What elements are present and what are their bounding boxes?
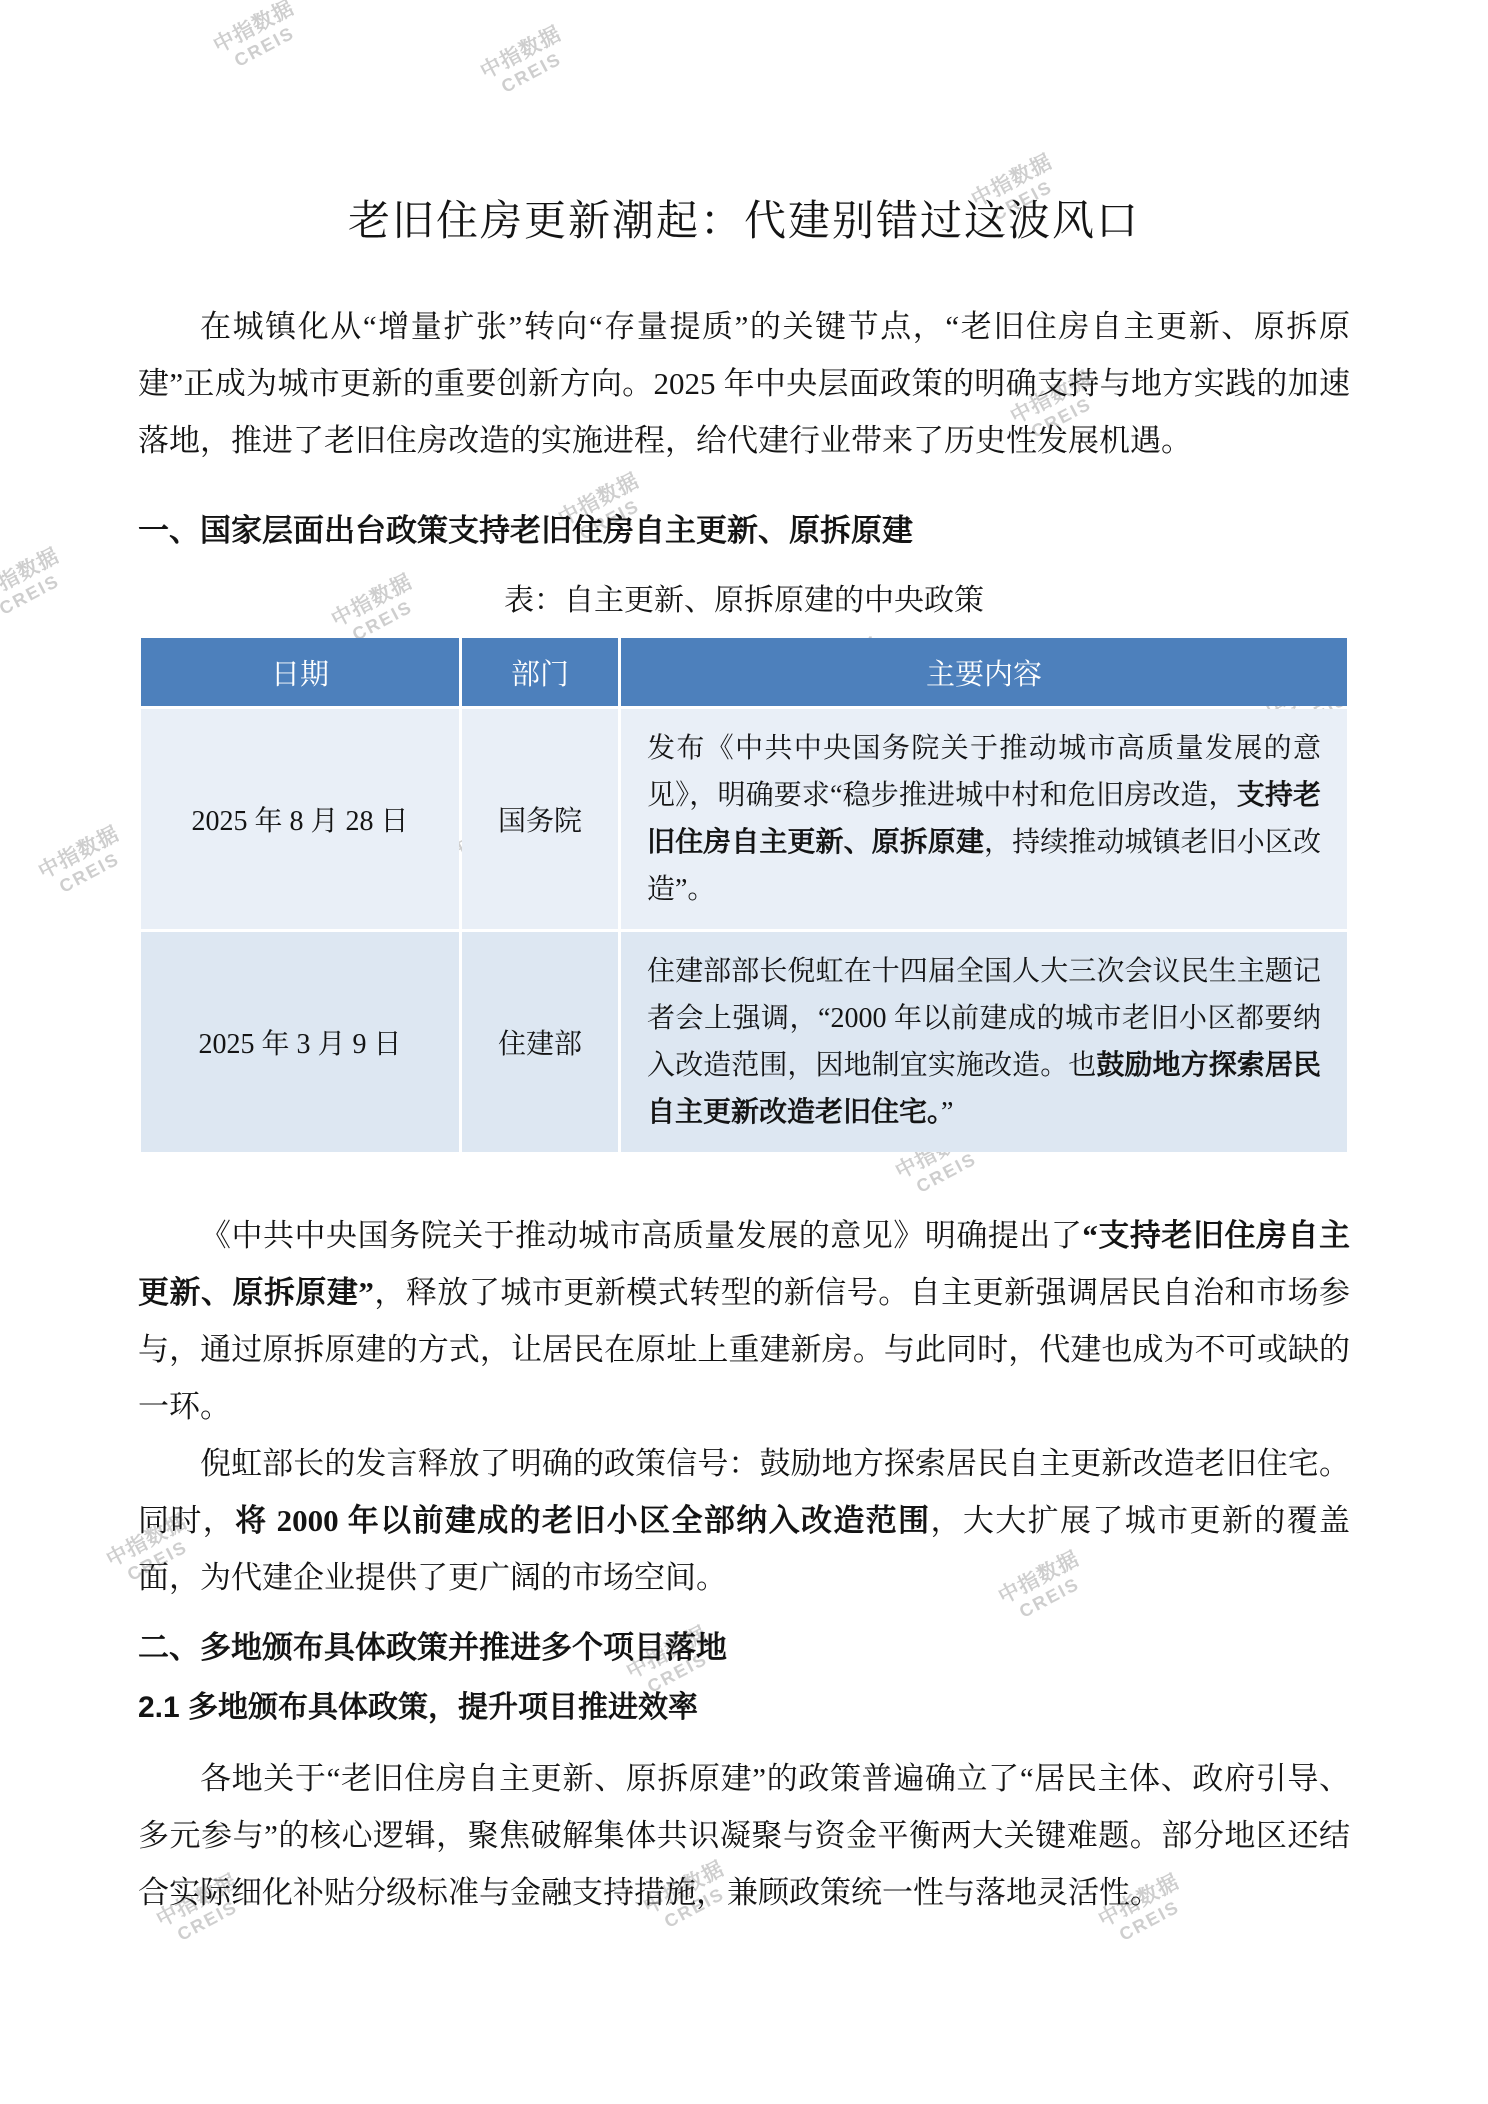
content-text: ”	[941, 1097, 953, 1128]
table-caption: 表：自主更新、原拆原建的中央政策	[138, 575, 1350, 619]
watermark: 中指数据CREIS	[35, 822, 134, 903]
section2-heading: 二、多地颁布具体政策并推进多个项目落地	[138, 1628, 1350, 1668]
section1-heading: 一、国家层面出台政策支持老旧住房自主更新、原拆原建	[138, 511, 1350, 551]
table-row: 2025 年 3 月 9 日 住建部 住建部部长倪虹在十四届全国人大三次会议民生…	[141, 932, 1347, 1152]
section2-subheading: 2.1 多地颁布具体政策，提升项目推进效率	[138, 1688, 1350, 1728]
watermark-creis-text: CREIS	[46, 843, 133, 903]
watermark-creis-text: CREIS	[0, 565, 73, 625]
local-policy-paragraph: 各地关于“老旧住房自主更新、原拆原建”的政策普遍确立了“居民主体、政府引导、多元…	[138, 1750, 1350, 1921]
paragraph-bold-text: 将 2000 年以前建成的老旧小区全部纳入改造范围	[235, 1503, 930, 1538]
page-title: 老旧住房更新潮起：代建别错过这波风口	[138, 188, 1350, 248]
policy-analysis-paragraph: 《中共中央国务院关于推动城市高质量发展的意见》明确提出了“支持老旧住房自主更新、…	[138, 1207, 1350, 1435]
cell-date: 2025 年 8 月 28 日	[141, 709, 459, 929]
paragraph-text: 《中共中央国务院关于推动城市高质量发展的意见》明确提出了	[200, 1218, 1082, 1253]
cell-dept: 住建部	[462, 932, 618, 1152]
content-text: 发布《中共中央国务院关于推动城市高质量发展的意见》，明确要求“稳步推进城中村和危…	[647, 733, 1321, 811]
policy-table: 日期 部门 主要内容 2025 年 8 月 28 日 国务院 发布《中共中央国务…	[138, 635, 1350, 1155]
minister-paragraph: 倪虹部长的发言释放了明确的政策信号：鼓励地方探索居民自主更新改造老旧住宅。同时，…	[138, 1435, 1350, 1606]
table-header-row: 日期 部门 主要内容	[141, 638, 1347, 706]
document-page: 老旧住房更新潮起：代建别错过这波风口 在城镇化从“增量扩张”转向“存量提质”的关…	[138, 0, 1350, 1921]
watermark-brand-text: 中指数据	[0, 544, 64, 607]
watermark-brand-text: 中指数据	[35, 822, 124, 885]
intro-paragraph: 在城镇化从“增量扩张”转向“存量提质”的关键节点，“老旧住房自主更新、原拆原建”…	[138, 298, 1350, 469]
cell-date: 2025 年 3 月 9 日	[141, 932, 459, 1152]
col-header-dept: 部门	[462, 638, 618, 706]
watermark: 中指数据CREIS	[0, 544, 73, 625]
col-header-content: 主要内容	[621, 638, 1347, 706]
table-row: 2025 年 8 月 28 日 国务院 发布《中共中央国务院关于推动城市高质量发…	[141, 709, 1347, 929]
col-header-date: 日期	[141, 638, 459, 706]
cell-dept: 国务院	[462, 709, 618, 929]
cell-content: 发布《中共中央国务院关于推动城市高质量发展的意见》，明确要求“稳步推进城中村和危…	[621, 709, 1347, 929]
cell-content: 住建部部长倪虹在十四届全国人大三次会议民生主题记者会上强调，“2000 年以前建…	[621, 932, 1347, 1152]
